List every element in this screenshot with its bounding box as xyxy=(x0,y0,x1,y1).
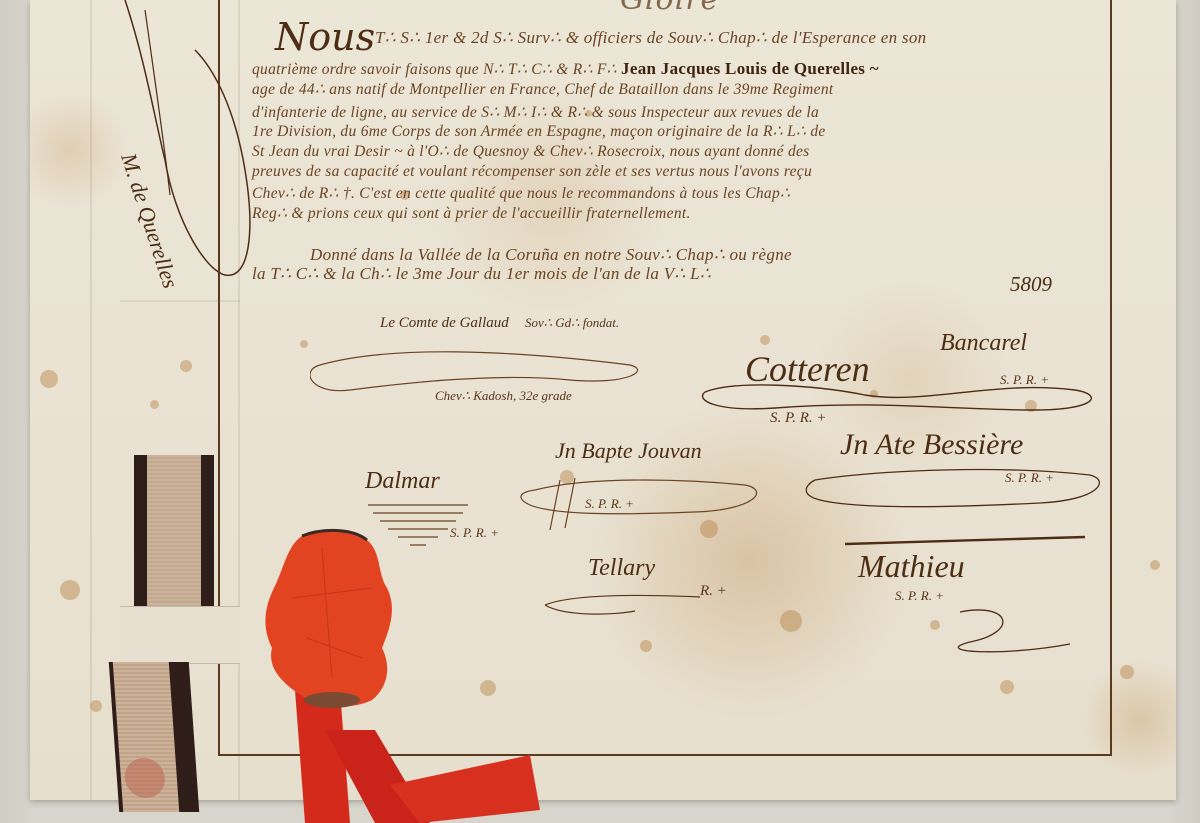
signature: Dalmar xyxy=(365,468,440,495)
signature-flourish xyxy=(310,340,650,400)
text-line: age de 44∴ ans natif de Montpellier en F… xyxy=(252,80,834,99)
text-line: quatrième ordre savoir faisons que N∴ T∴… xyxy=(252,59,879,79)
side-signature-flourish xyxy=(115,0,255,290)
paper-strip xyxy=(120,606,240,664)
text-line: Chev∴ de R∴ †. C'est en cette qualité qu… xyxy=(252,184,790,203)
signature: Le Comte de Gallaud xyxy=(380,315,509,332)
fold-line xyxy=(90,0,92,800)
text-line: Donné dans la Vallée de la Coruña en not… xyxy=(310,245,792,265)
ribbon-top xyxy=(134,455,214,609)
signature: Bancarel xyxy=(940,330,1027,357)
signature: Tellary xyxy=(588,555,655,582)
text-line: St Jean du vrai Desir ~ à l'O∴ de Quesno… xyxy=(252,142,810,161)
document-heading: Gloire xyxy=(620,0,719,17)
signature-flourish xyxy=(515,470,775,530)
text-line: d'infanterie de ligne, au service de S∴ … xyxy=(252,103,819,122)
signature-flourish xyxy=(800,455,1120,525)
text-line: preuves de sa capacité et voulant récomp… xyxy=(252,163,812,181)
candidate-name: Jean Jacques Louis de Querelles ~ xyxy=(621,59,879,78)
signature: Mathieu xyxy=(858,548,965,585)
text-line: la T∴ C∴ & la Ch∴ le 3me Jour du 1er moi… xyxy=(252,264,711,284)
signature: Jn Bapte Jouvan xyxy=(555,438,702,464)
signature-flourish xyxy=(535,585,715,625)
wax-seal xyxy=(262,528,397,713)
text-line: Reg∴ & prions ceux qui sont à prier de l… xyxy=(252,204,691,223)
opening-word: Nous xyxy=(275,15,375,59)
signature-flourish xyxy=(695,370,1115,420)
text-line: 1re Division, du 6me Corps de son Armée … xyxy=(252,122,826,141)
ribbon-bottom xyxy=(109,662,199,812)
year: 5809 xyxy=(1010,272,1052,297)
text-line: T∴ S∴ 1er & 2d S∴ Surv∴ & officiers de S… xyxy=(375,28,926,48)
